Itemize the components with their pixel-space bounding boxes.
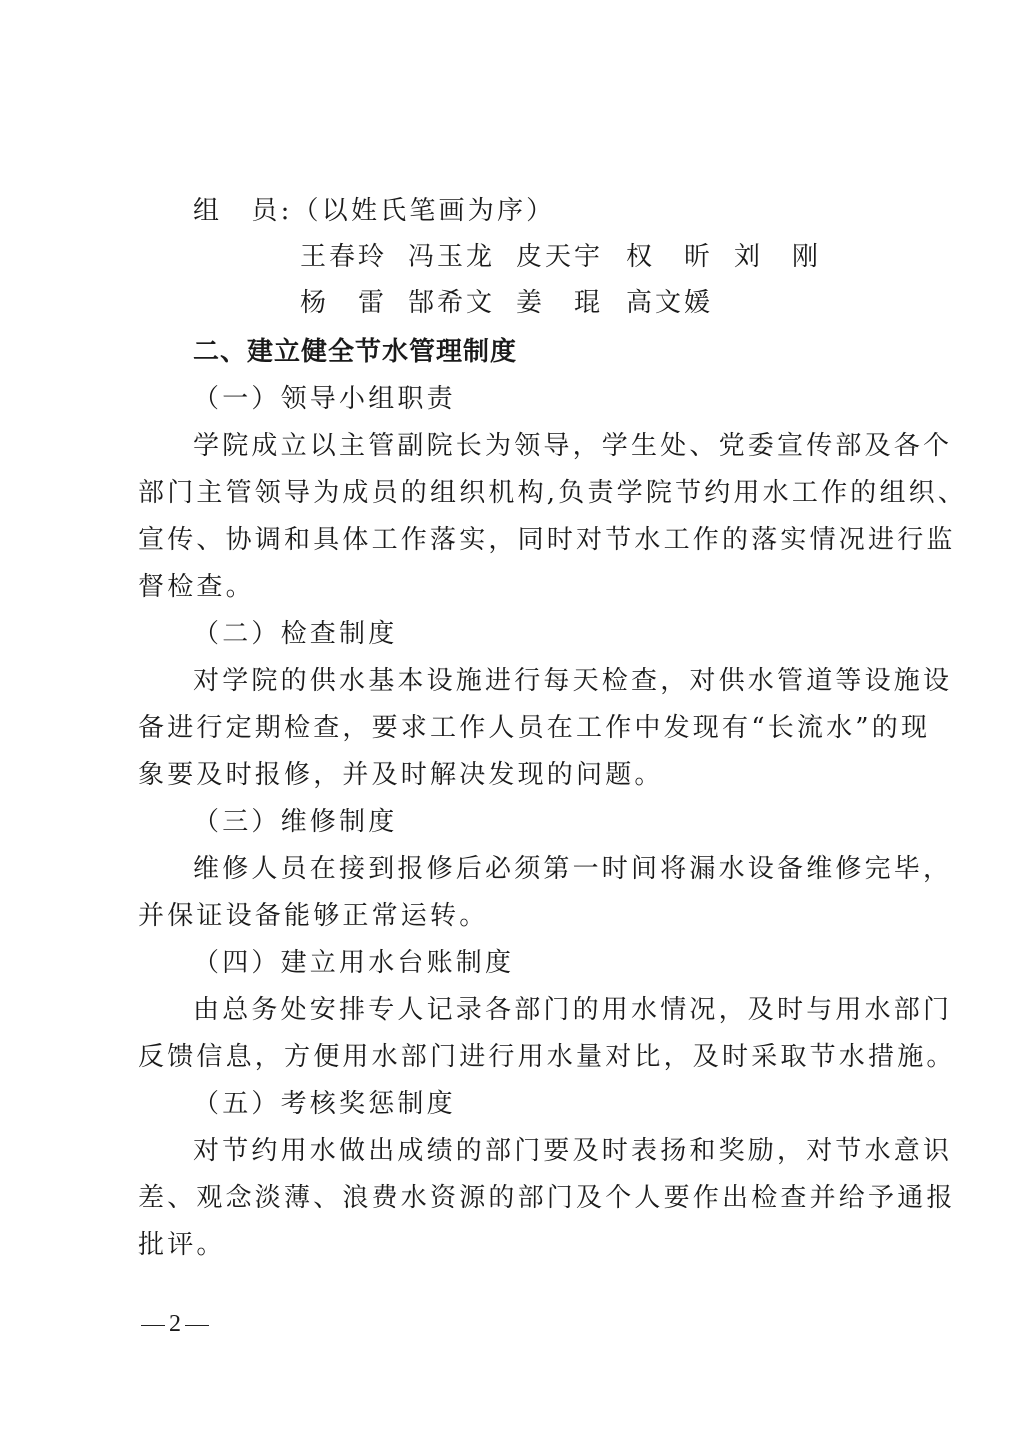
subsection-title-2: （二）检查制度 bbox=[193, 611, 953, 657]
paragraph-line: 对学院的供水基本设施进行每天检查，对供水管道等设施设 bbox=[193, 658, 896, 704]
paragraph-line: 由总务处安排专人记录各部门的用水情况，及时与用水部门 bbox=[193, 987, 896, 1033]
subsection-title-4: （四）建立用水台账制度 bbox=[193, 940, 953, 986]
paragraph-line: 部门主管领导为成员的组织机构,负责学院节约用水工作的组织、 bbox=[138, 470, 898, 516]
paragraph-line: 学院成立以主管副院长为领导，学生处、党委宣传部及各个 bbox=[193, 423, 896, 469]
paragraph-line: 批评。 bbox=[138, 1222, 898, 1268]
paragraph-line: 备进行定期检查，要求工作人员在工作中发现有“长流水”的现 bbox=[138, 705, 898, 751]
dash-decoration bbox=[185, 1325, 209, 1326]
subsection-title-3: （三）维修制度 bbox=[193, 799, 953, 845]
members-row-2: 杨 雷郜希文姜 琨高文媛 bbox=[300, 280, 1024, 326]
member-name: 杨 雷 bbox=[300, 280, 408, 326]
paragraph-line: 象要及时报修，并及时解决发现的问题。 bbox=[138, 752, 898, 798]
section-heading: 二、建立健全节水管理制度 bbox=[193, 329, 953, 375]
paragraph-line: 对节约用水做出成绩的部门要及时表扬和奖励，对节水意识 bbox=[193, 1128, 896, 1174]
page-number-footer: 2 bbox=[137, 1306, 213, 1342]
paragraph-line: 维修人员在接到报修后必须第一时间将漏水设备维修完毕， bbox=[193, 846, 896, 892]
members-row-1: 王春玲冯玉龙皮天宇权 昕刘 刚 bbox=[300, 234, 1024, 280]
paragraph-line: 宣传、协调和具体工作落实，同时对节水工作的落实情况进行监 bbox=[138, 517, 898, 563]
document-page: 组 员:（以姓氏笔画为序） 王春玲冯玉龙皮天宇权 昕刘 刚 杨 雷郜希文姜 琨高… bbox=[0, 0, 1024, 1448]
member-name: 郜希文 bbox=[408, 280, 516, 326]
paragraph-line: 督检查。 bbox=[138, 564, 898, 610]
member-name: 冯玉龙 bbox=[408, 234, 516, 280]
paragraph-line: 差、观念淡薄、浪费水资源的部门及个人要作出检查并给予通报 bbox=[138, 1175, 898, 1221]
member-name: 姜 琨 bbox=[516, 280, 626, 326]
paragraph-line: 反馈信息，方便用水部门进行用水量对比，及时采取节水措施。 bbox=[138, 1034, 898, 1080]
member-name: 王春玲 bbox=[300, 234, 408, 280]
subsection-title-5: （五）考核奖惩制度 bbox=[193, 1081, 953, 1127]
subsection-title-1: （一）领导小组职责 bbox=[193, 376, 953, 422]
page-number: 2 bbox=[169, 1311, 181, 1337]
dash-decoration bbox=[141, 1325, 165, 1326]
member-name: 刘 刚 bbox=[734, 234, 834, 280]
member-name: 高文媛 bbox=[626, 280, 734, 326]
paragraph-line: 并保证设备能够正常运转。 bbox=[138, 893, 898, 939]
member-name: 权 昕 bbox=[626, 234, 734, 280]
member-name: 皮天宇 bbox=[516, 234, 626, 280]
members-label: 组 员:（以姓氏笔画为序） bbox=[193, 188, 953, 234]
